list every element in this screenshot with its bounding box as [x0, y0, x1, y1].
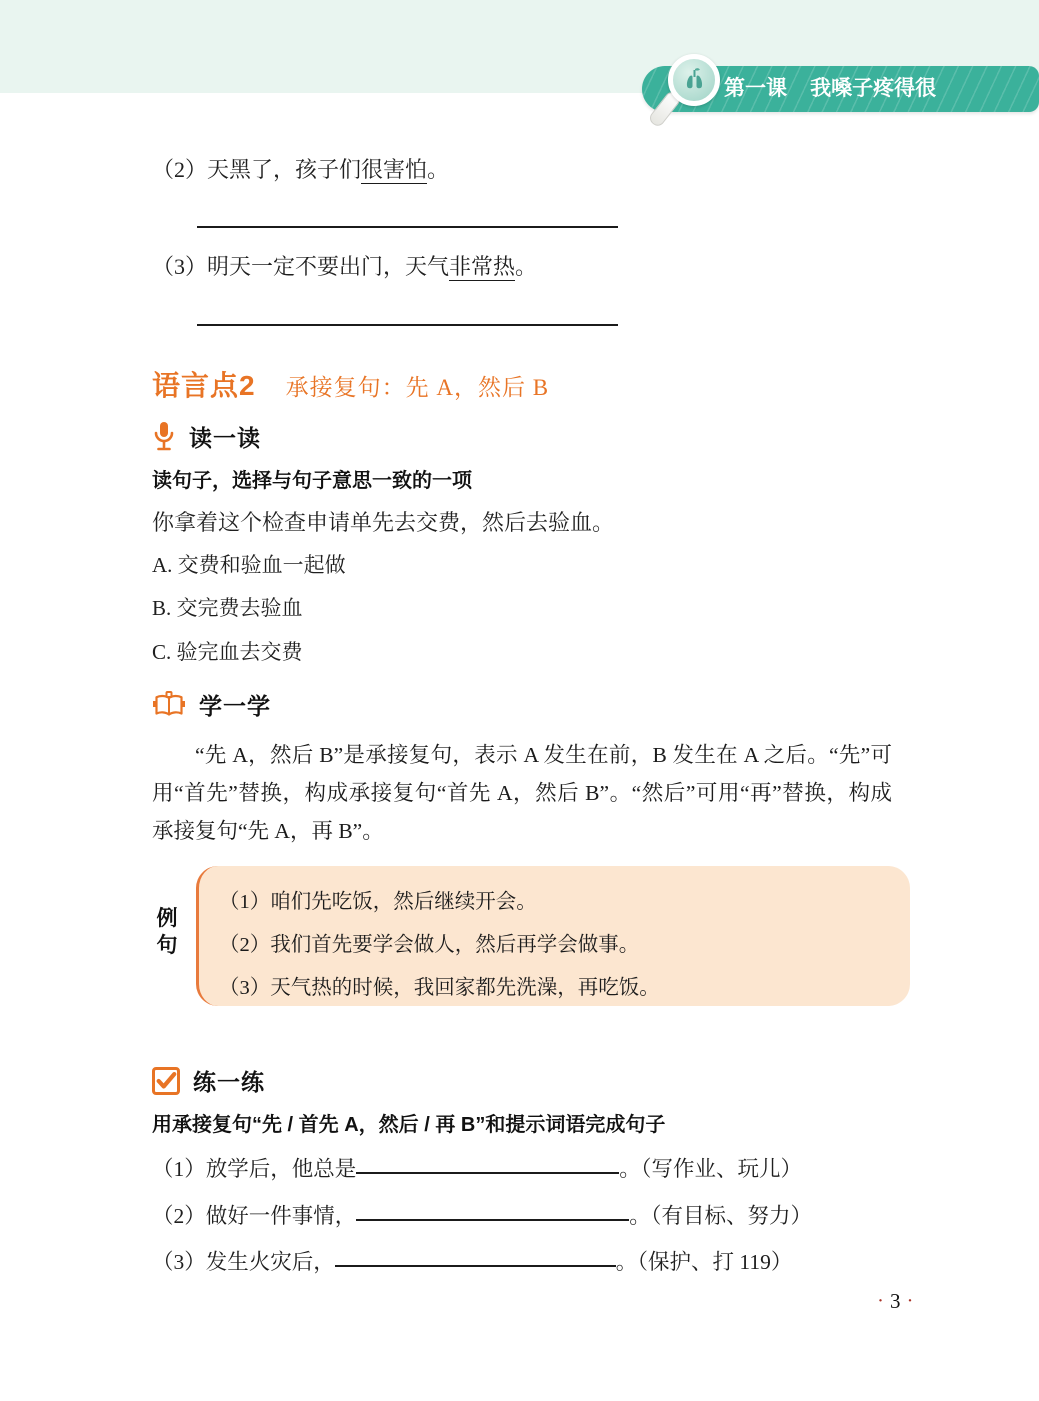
practice-hint: 。（有目标、努力） [629, 1204, 812, 1228]
sentence-pre: （3）明天一定不要出门，天气 [152, 254, 449, 279]
magnifier-lens-icon [668, 54, 720, 106]
underlined-phrase: 很害怕 [361, 157, 427, 184]
fill-blank [356, 1170, 619, 1174]
option-a: A. 交费和验血一起做 [152, 549, 346, 579]
practice-hint: 。（写作业、玩儿） [619, 1157, 802, 1181]
read-section-heading: 读一读 [152, 420, 261, 453]
lungs-icon [681, 67, 708, 94]
example-sentence: （1）咱们先吃饭，然后继续开会。 [219, 881, 910, 924]
practice-item-2: （2）做好一件事情，。（有目标、努力） [152, 1199, 812, 1230]
practice-item-3: （3）发生火灾后，。（保护、打 119） [152, 1245, 792, 1276]
practice-item-1: （1）放学后，他总是。（写作业、玩儿） [152, 1152, 802, 1183]
practice-pre: （3）发生火灾后， [152, 1250, 335, 1274]
sentence-post: 。 [427, 157, 449, 182]
example-sentence: （2）我们首先要学会做人，然后再学会做事。 [219, 924, 910, 967]
fill-blank [335, 1263, 616, 1267]
page-number-left-dot: · [878, 1293, 883, 1310]
practice-pre: （2）做好一件事情， [152, 1204, 356, 1228]
sentence-pre: （2）天黑了，孩子们 [152, 157, 361, 182]
practice-section-heading: 练一练 [152, 1064, 265, 1097]
language-point-label: 语言点2 [152, 364, 256, 404]
practice-hint: 。（保护、打 119） [616, 1250, 793, 1274]
page-number-value: 3 [890, 1289, 901, 1314]
example-box: （1）咱们先吃饭，然后继续开会。 （2）我们首先要学会做人，然后再学会做事。 （… [196, 866, 910, 1006]
option-c: C. 验完血去交费 [152, 636, 303, 666]
learn-section-heading: 学一学 [152, 688, 271, 721]
example-box-label: 例句 [154, 905, 180, 959]
practice-heading-text: 练一练 [193, 1064, 265, 1097]
magnifier-lungs-icon [664, 52, 724, 136]
option-b: B. 交完费去验血 [152, 592, 303, 622]
language-point-subtitle: 承接复句：先 A，然后 B [286, 369, 549, 402]
practice-pre: （1）放学后，他总是 [152, 1157, 356, 1181]
sentence-item-2: （2）天黑了，孩子们很害怕。 [152, 153, 449, 184]
read-heading-text: 读一读 [189, 420, 261, 453]
page-number-right-dot: · [908, 1293, 913, 1310]
page-number: · 3 · [878, 1289, 913, 1314]
example-sentence: （3）天气热的时候，我回家都先洗澡，再吃饭。 [219, 967, 910, 1010]
language-point-heading: 语言点2 承接复句：先 A，然后 B [152, 364, 549, 404]
answer-line [197, 226, 618, 228]
read-sentence: 你拿着这个检查申请单先去交费，然后去验血。 [152, 506, 614, 537]
microphone-icon [152, 421, 176, 453]
sentence-post: 。 [515, 254, 537, 279]
lesson-number: 第一课 [724, 77, 787, 100]
lesson-title: 我嗓子疼得很 [810, 77, 936, 100]
sentence-item-3: （3）明天一定不要出门，天气非常热。 [152, 250, 537, 281]
learn-paragraph: “先 A，然后 B”是承接复句，表示 A 发生在前，B 发生在 A 之后。“先”… [152, 736, 892, 850]
checkbox-check-icon [152, 1067, 180, 1095]
open-book-icon [152, 691, 186, 719]
underlined-phrase: 非常热 [449, 254, 515, 281]
learn-heading-text: 学一学 [199, 688, 271, 721]
fill-blank [356, 1217, 629, 1221]
answer-line [197, 324, 618, 326]
practice-instruction: 用承接复句“先 / 首先 A，然后 / 再 B”和提示词语完成句子 [152, 1108, 665, 1137]
read-instruction: 读句子，选择与句子意思一致的一项 [152, 464, 472, 493]
